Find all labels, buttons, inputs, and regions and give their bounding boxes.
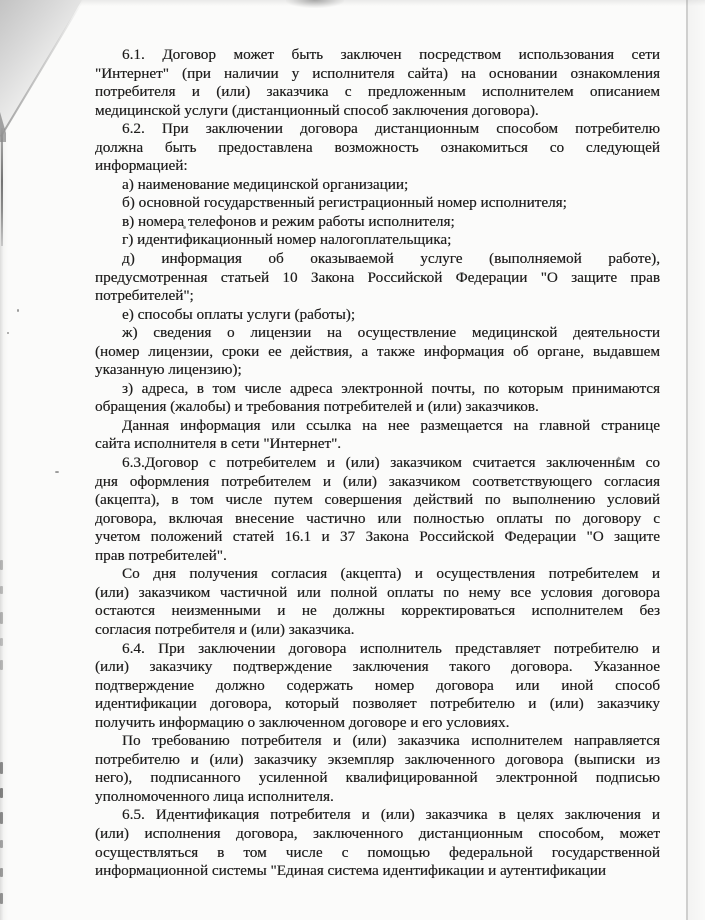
text-line: подтверждение должно содержать номер дог…: [95, 677, 660, 696]
text-line: уполномоченного лица исполнителя.: [95, 788, 660, 807]
paragraph: е) способы оплаты услуги (работы);: [95, 306, 660, 325]
paragraph: з) адреса, в том числе адреса электронно…: [95, 380, 660, 417]
text-line: 6.3.Договор с потребителем и (или) заказ…: [95, 454, 660, 473]
scan-speck: [7, 332, 9, 334]
text-line: осуществляться в том числе с помощью фед…: [95, 844, 660, 863]
scan-edge-dash: [0, 638, 3, 646]
text-line: идентификации договора, который позволяе…: [95, 695, 660, 714]
paragraph: Данная информация или ссылка на нее разм…: [95, 417, 660, 454]
page-corner-fold-edge: [0, 0, 84, 137]
document-text: 6.1. Договор может быть заключен посредс…: [95, 46, 660, 881]
text-line: остаются неизменными и не должны коррект…: [95, 602, 660, 621]
scanned-page: 6.1. Договор может быть заключен посредс…: [0, 0, 705, 920]
text-line: получить информацию о заключенном догово…: [95, 714, 660, 733]
text-line: Со дня получения согласия (акцепта) и ос…: [95, 565, 660, 584]
text-line: должна быть предоставлена возможность оз…: [95, 139, 660, 158]
scan-speck: [55, 471, 59, 473]
paragraph: 6.1. Договор может быть заключен посредс…: [95, 46, 660, 120]
text-line: 6.2. При заключении договора дистанционн…: [95, 120, 660, 139]
text-line: потребителей";: [95, 287, 660, 306]
scan-right-edge-line: [686, 0, 688, 920]
text-line: "Интернет" (при наличии у исполнителя са…: [95, 65, 660, 84]
scan-edge-dash: [0, 893, 3, 904]
text-line: медицинской услуги (дистанционный способ…: [95, 102, 660, 121]
text-line: г) идентификационный номер налогоплатель…: [95, 231, 660, 250]
text-line: обращения (жалобы) и требования потребит…: [95, 398, 660, 417]
scan-edge-dash: [0, 840, 3, 848]
paragraph: а) наименование медицинской организации;: [95, 176, 660, 195]
text-line: б) основной государственный регистрацион…: [95, 194, 660, 213]
scan-edge-dash: [0, 660, 3, 670]
text-line: информацией:: [95, 157, 660, 176]
text-line: 6.5. Идентификация потребителя и (или) з…: [95, 806, 660, 825]
paragraph: в) номера телефонов и режим работы испол…: [95, 213, 660, 232]
text-line: 6.4. При заключении договора исполнитель…: [95, 640, 660, 659]
scan-right-edge-tint: [688, 0, 705, 920]
scan-left-edge-strip: [0, 130, 8, 920]
text-line: информационной системы "Единая система и…: [95, 862, 660, 881]
text-line: Данная информация или ссылка на нее разм…: [95, 417, 660, 436]
text-line: в) номера телефонов и режим работы испол…: [95, 213, 660, 232]
text-line: е) способы оплаты услуги (работы);: [95, 306, 660, 325]
page-corner-shadow: [0, 112, 6, 142]
text-line: него), подписанного усиленной квалифицир…: [95, 769, 660, 788]
page-corner-fold: [0, 0, 82, 138]
paragraph: д) информация об оказываемой услуге (вып…: [95, 250, 660, 306]
text-line: з) адреса, в том числе адреса электронно…: [95, 380, 660, 399]
paragraph: г) идентификационный номер налогоплатель…: [95, 231, 660, 250]
scan-edge-dash: [0, 762, 3, 774]
paragraph: 6.4. При заключении договора исполнитель…: [95, 640, 660, 733]
paragraph: ж) сведения о лицензии на осуществление …: [95, 324, 660, 380]
text-line: указанную лицензию);: [95, 361, 660, 380]
paragraph: Со дня получения согласия (акцепта) и ос…: [95, 565, 660, 639]
text-line: потребителю и (или) заказчику экземпляр …: [95, 751, 660, 770]
text-line: (акцепта), в том числе путем совершения …: [95, 491, 660, 510]
text-line: договора, включая внесение частично или …: [95, 510, 660, 529]
text-line: дня оформления потребителем и (или) зака…: [95, 473, 660, 492]
text-line: а) наименование медицинской организации;: [95, 176, 660, 195]
text-line: согласия потребителя и (или) заказчика.: [95, 621, 660, 640]
paragraph: б) основной государственный регистрацион…: [95, 194, 660, 213]
scan-edge-dash: [0, 812, 3, 824]
scan-edge-dash: [0, 560, 3, 570]
text-line: (номер лицензии, сроки ее действия, а та…: [95, 343, 660, 362]
text-line: (или) заказчику подтверждение заключения…: [95, 658, 660, 677]
text-line: ж) сведения о лицензии на осуществление …: [95, 324, 660, 343]
text-line: прав потребителей".: [95, 547, 660, 566]
paragraph: По требованию потребителя и (или) заказч…: [95, 732, 660, 806]
text-line: (или) заказчиком частичной или полной оп…: [95, 584, 660, 603]
text-line: (или) исполнения договора, заключенного …: [95, 825, 660, 844]
scan-top-smudge: [286, 0, 344, 8]
paragraph: 6.3.Договор с потребителем и (или) заказ…: [95, 454, 660, 565]
paragraph: 6.5. Идентификация потребителя и (или) з…: [95, 806, 660, 880]
text-line: предусмотренная статьей 10 Закона Россий…: [95, 269, 660, 288]
text-line: сайта исполнителя в сети "Интернет".: [95, 435, 660, 454]
text-line: потребителя и (или) заказчика с предложе…: [95, 83, 660, 102]
scan-edge-dash: [0, 586, 3, 594]
scan-edge-dash: [0, 612, 3, 624]
scan-edge-dash: [0, 788, 3, 798]
scan-left-edge-line: [1, 128, 3, 246]
scan-edge-dash: [0, 868, 3, 877]
scan-speck: [17, 309, 19, 312]
text-line: По требованию потребителя и (или) заказч…: [95, 732, 660, 751]
text-line: учетом положений статей 16.1 и 37 Закона…: [95, 528, 660, 547]
text-line: д) информация об оказываемой услуге (вып…: [95, 250, 660, 269]
text-line: 6.1. Договор может быть заключен посредс…: [95, 46, 660, 65]
paragraph: 6.2. При заключении договора дистанционн…: [95, 120, 660, 176]
